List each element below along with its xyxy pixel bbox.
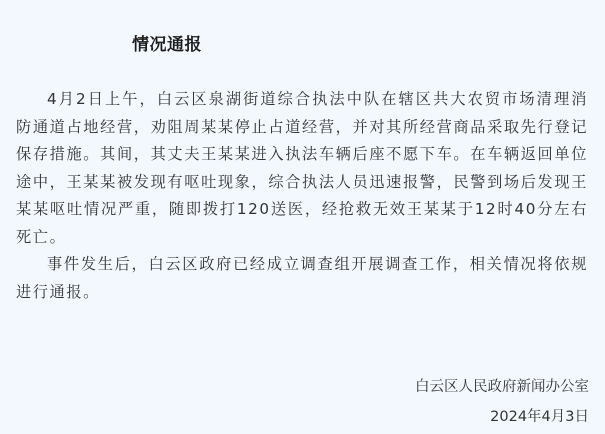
issue-date: 2024年4月3日 <box>415 402 589 432</box>
issuer-name: 白云区人民政府新闻办公室 <box>415 372 589 402</box>
document-body: 4月2日上午，白云区泉湖街道综合执法中队在辖区共大农贸市场清理消防通道占地经营，… <box>16 86 588 306</box>
paragraph-incident: 4月2日上午，白云区泉湖街道综合执法中队在辖区共大农贸市场清理消防通道占地经营，… <box>16 86 588 251</box>
paragraph-follow-up: 事件发生后，白云区政府已经成立调查组开展调查工作，相关情况将依规进行通报。 <box>16 251 588 306</box>
notice-document: 情况通报 4月2日上午，白云区泉湖街道综合执法中队在辖区共大农贸市场清理消防通道… <box>0 0 605 434</box>
signature-block: 白云区人民政府新闻办公室 2024年4月3日 <box>415 372 589 432</box>
document-title: 情况通报 <box>132 30 202 55</box>
